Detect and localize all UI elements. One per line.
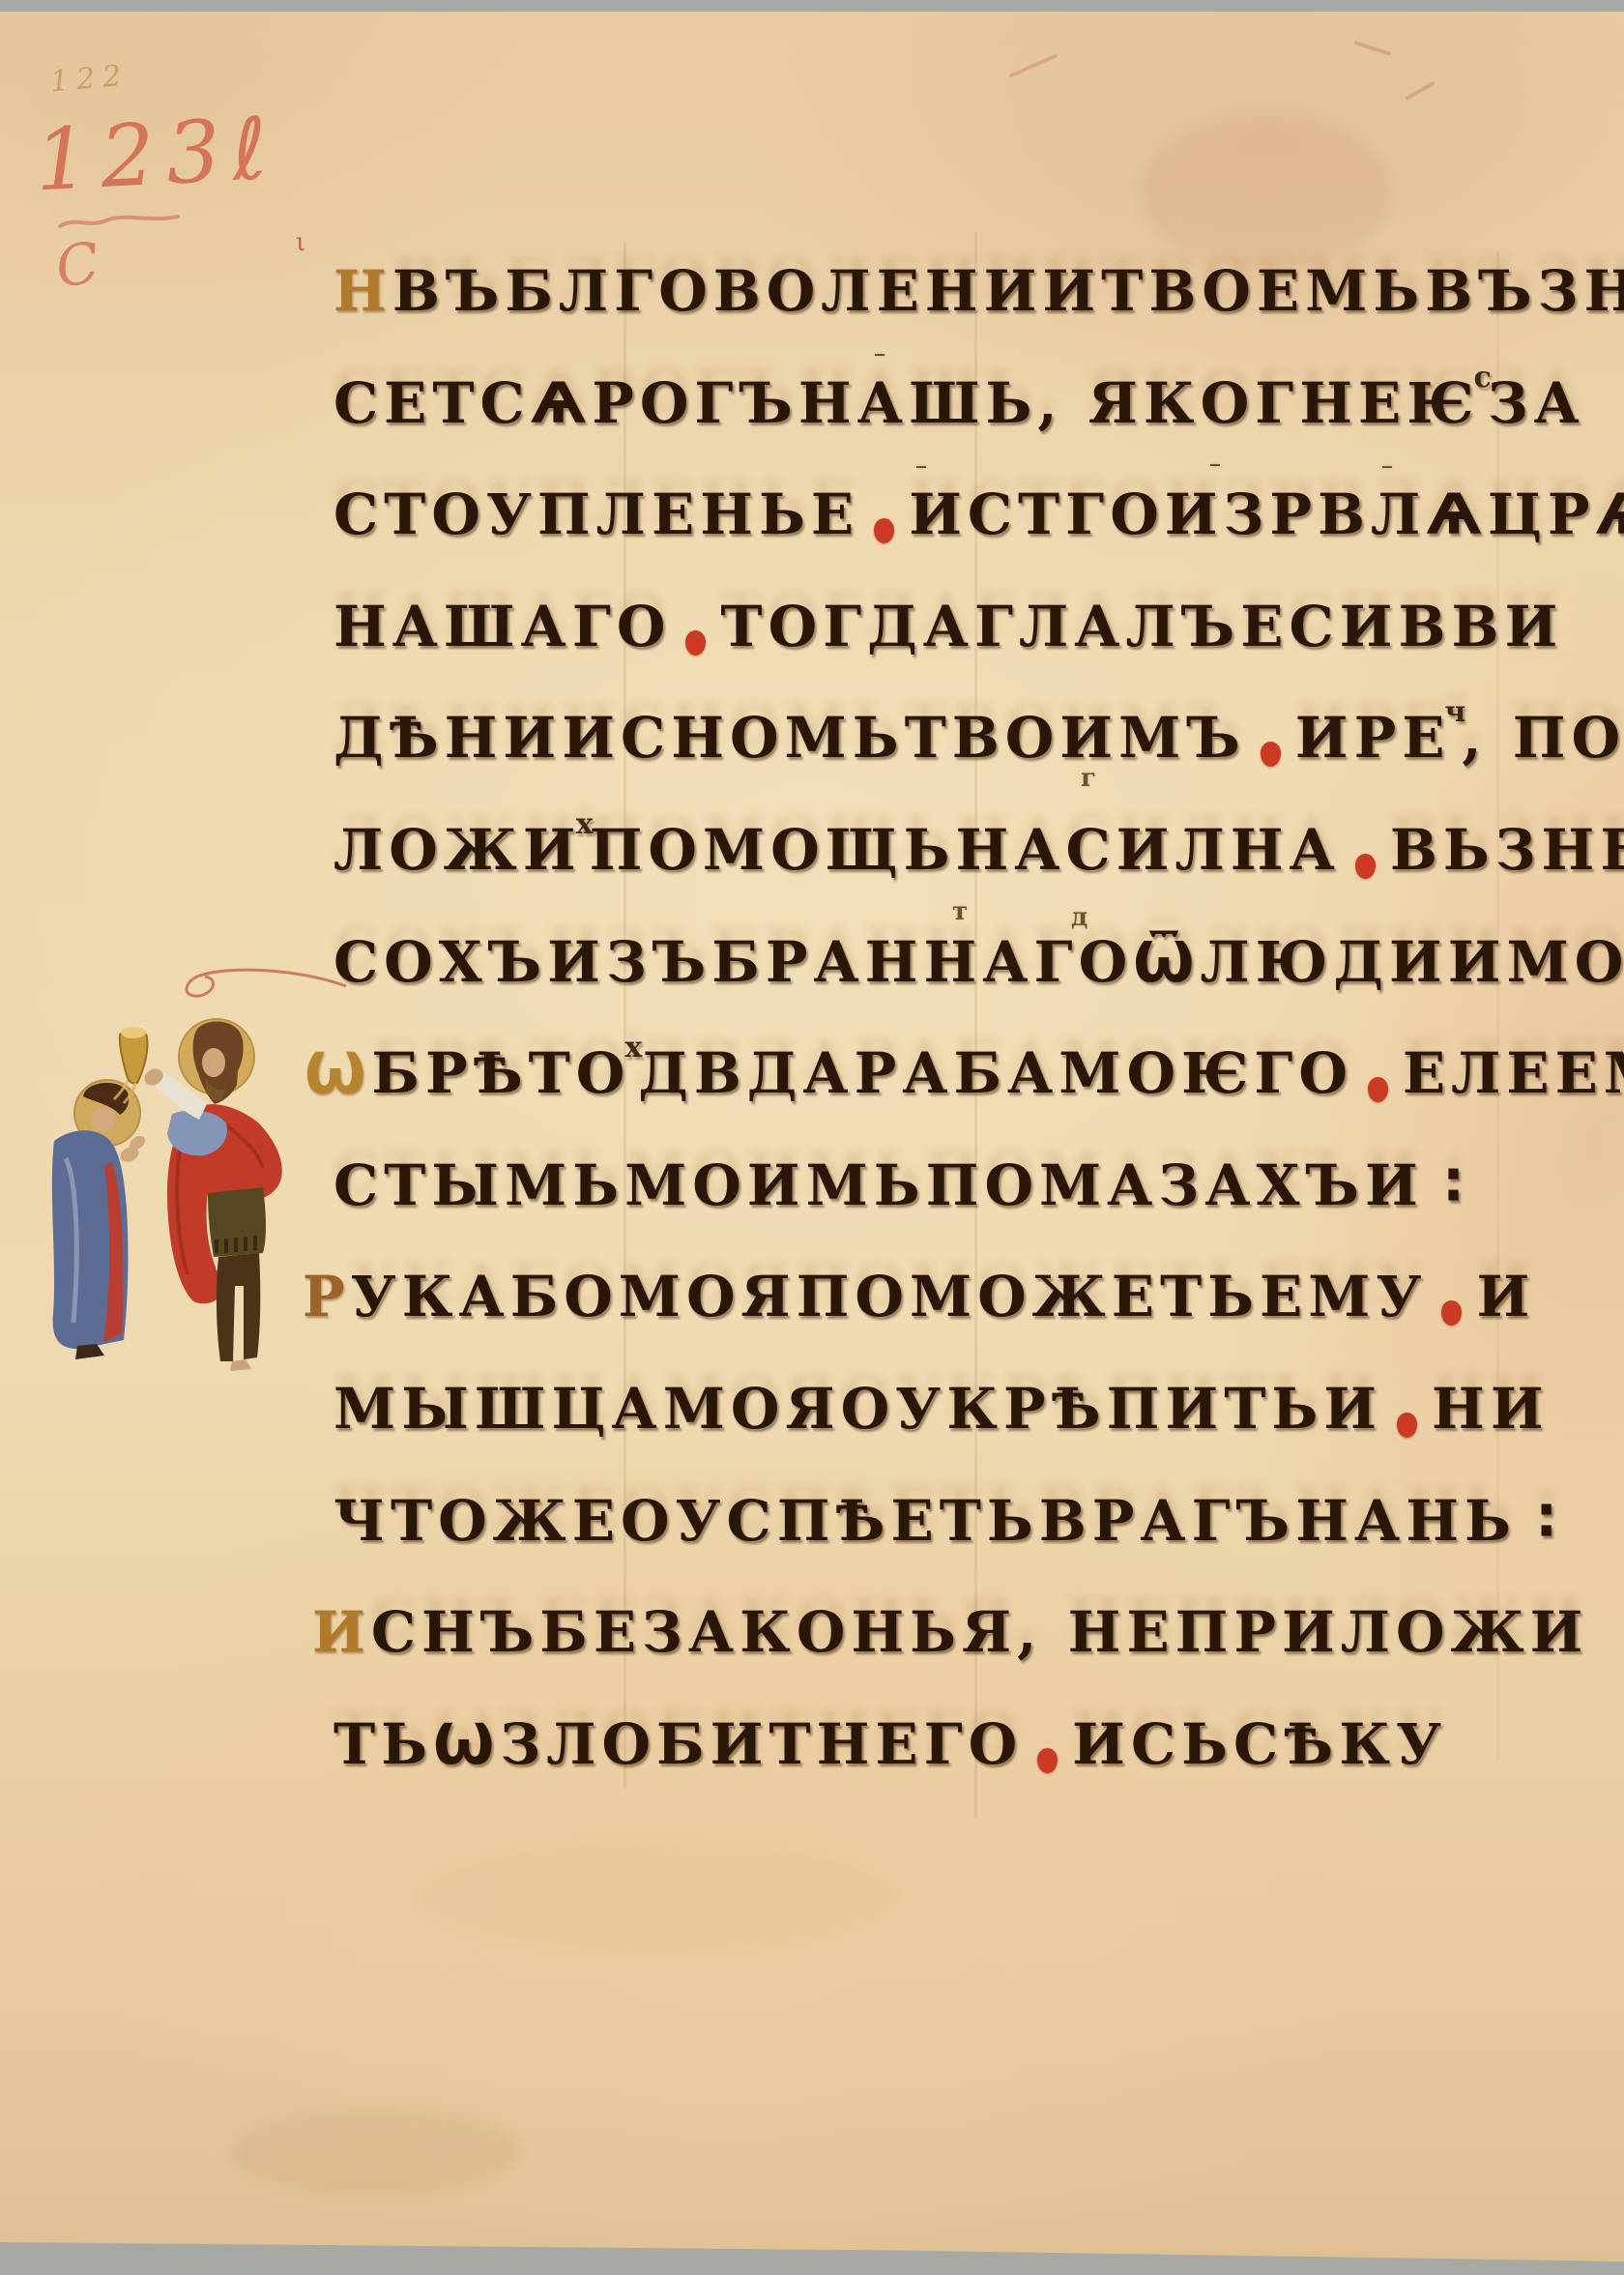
interlinear-mark: ‾ bbox=[1210, 460, 1218, 483]
red-dot-punctuation bbox=[1368, 1077, 1388, 1102]
red-dot-punctuation bbox=[685, 630, 706, 656]
manuscript-line: МЫШЦАМОЯОУКРѢПИТЬИНИ bbox=[333, 1377, 1550, 1441]
parchment-stain bbox=[1141, 116, 1392, 271]
text-run: СТЫМЬМОИМЬПОМАЗАХЪИ bbox=[333, 1152, 1424, 1218]
manuscript-line: ИСНЪБЕЗАКОНЬЯ, НЕПРИЛОЖИ bbox=[312, 1600, 1588, 1664]
text-run: СТОУПЛЕНЬЕ bbox=[333, 481, 859, 547]
red-dot-punctuation bbox=[1441, 1300, 1462, 1326]
interlinear-mark: ‾ bbox=[916, 462, 924, 485]
superscript-letter: ч bbox=[1444, 681, 1465, 744]
parchment-stain bbox=[232, 2108, 522, 2195]
text-run: СЕТСѦРОГЪНАШЬ, ЯКОГНЕѤ bbox=[333, 370, 1480, 436]
text-run: СНЪБЕЗАКОНЬЯ, НЕПРИЛОЖИ bbox=[371, 1599, 1589, 1665]
superscript-letter: х bbox=[576, 793, 594, 857]
text-run: ПОМОЩЬНАСИЛНА bbox=[590, 817, 1341, 883]
miniature-anointing-scene bbox=[27, 965, 350, 1375]
text-run: ИРЕ bbox=[1295, 705, 1451, 771]
manuscript-line: СОХЪИЗЪБРАННАГОѾЛЮДИИМОИХЪ bbox=[333, 930, 1624, 994]
superscript-letter: х bbox=[624, 1016, 642, 1080]
end-mark: ∶ bbox=[1424, 1152, 1464, 1218]
red-flourish-underline bbox=[56, 211, 182, 232]
red-margin-letter: С bbox=[51, 229, 102, 301]
right-figure-feet bbox=[230, 1359, 251, 1371]
text-run: ВЪБЛГОВОЛЕНИИТВОЕМЬВЪЗНЕ bbox=[392, 258, 1624, 324]
text-run: ДѢНИИСНОМЬТВОИМЪ bbox=[333, 705, 1246, 771]
manuscript-line: ДѢНИИСНОМЬТВОИМЪИРЕч, ПО bbox=[333, 706, 1624, 770]
illuminated-initial: И bbox=[312, 1599, 371, 1665]
text-run: ТЬѠЗЛОБИТНЕГО bbox=[333, 1711, 1023, 1777]
interlinear-mark: г bbox=[1081, 764, 1096, 793]
manuscript-line: СТЫМЬМОИМЬПОМАЗАХЪИ ∶ bbox=[333, 1153, 1464, 1217]
red-dot-punctuation bbox=[1037, 1748, 1058, 1773]
text-run: БРѢТО bbox=[371, 1040, 630, 1106]
manuscript-line: ТЬѠЗЛОБИТНЕГОИСЬСѢКУ bbox=[333, 1712, 1447, 1776]
red-dot-punctuation bbox=[1355, 854, 1376, 879]
interlinear-mark: т bbox=[952, 897, 968, 926]
red-tick-mark: ι bbox=[296, 228, 305, 257]
text-run: ЕЛЕЕМЬ bbox=[1403, 1040, 1624, 1106]
manuscript-line: ЛОЖИхПОМОЩЬНАСИЛНАВЬЗНЕ bbox=[333, 818, 1624, 882]
interlinear-mark: д bbox=[1071, 903, 1087, 932]
text-run: МЫШЦАМОЯОУКРѢПИТЬИ bbox=[333, 1376, 1382, 1442]
manuscript-line: СЕТСѦРОГЪНАШЬ, ЯКОГНЕѤсЗА bbox=[333, 371, 1585, 435]
right-figure-legs bbox=[217, 1253, 260, 1361]
text-run: ДВДАРАБАМОѤГО bbox=[638, 1040, 1353, 1106]
manuscript-line: НАШАГОТОГДАГЛАЛЪЕСИВВИ bbox=[333, 595, 1563, 658]
left-figure-feet bbox=[75, 1344, 104, 1359]
superscript-letter: с bbox=[1474, 346, 1492, 410]
text-run: ИСТГОИЗРВЛѦЦРѦ bbox=[909, 481, 1624, 547]
text-run: И bbox=[1476, 1264, 1535, 1329]
red-dot-punctuation bbox=[1397, 1413, 1417, 1438]
manuscript-line: ѠБРѢТОхДВДАРАБАМОѤГОЕЛЕЕМЬ bbox=[304, 1041, 1624, 1105]
red-dot-punctuation bbox=[1261, 742, 1281, 767]
manuscript-line: НВЪБЛГОВОЛЕНИИТВОЕМЬВЪЗНЕ bbox=[333, 259, 1624, 323]
text-run: ЧТОЖЕОУСПѢЕТЬВРАГЪНАНЬ bbox=[333, 1488, 1517, 1554]
manuscript-line: РУКАБОМОЯПОМОЖЕТЬЕМУИ bbox=[303, 1265, 1535, 1328]
manuscript-line: СТОУПЛЕНЬЕИСТГОИЗРВЛѦЦРѦ bbox=[333, 482, 1624, 546]
text-run: ЛОЖИ bbox=[333, 817, 582, 883]
manuscript-line: ЧТОЖЕОУСПѢЕТЬВРАГЪНАНЬ ∶ bbox=[333, 1489, 1556, 1553]
red-folio-number: 123ℓ bbox=[32, 98, 280, 210]
manuscript-photo: { "page": { "kind": "medieval manuscript… bbox=[0, 0, 1624, 2275]
text-run: НИ bbox=[1432, 1376, 1550, 1442]
end-mark: ∶ bbox=[1517, 1488, 1556, 1554]
illuminated-initial: Н bbox=[333, 258, 392, 324]
red-squiggle-ornament bbox=[187, 970, 346, 996]
text-run: НАШАГО bbox=[333, 594, 671, 659]
text-run: УКАБОМОЯПОМОЖЕТЬЕМУ bbox=[351, 1264, 1428, 1329]
text-lines: НВЪБЛГОВОЛЕНИИТВОЕМЬВЪЗНЕСЕТСѦРОГЪНАШЬ, … bbox=[333, 259, 1503, 1825]
old-folio-number: 122 bbox=[49, 59, 130, 100]
right-figure-face bbox=[202, 1048, 225, 1077]
text-run: СОХЪИЗЪБРАННАГОѾЛЮДИИМОИХЪ bbox=[333, 929, 1624, 995]
text-run: ИСЬСѢКУ bbox=[1072, 1711, 1447, 1777]
interlinear-mark: ‾ bbox=[1382, 462, 1390, 485]
red-dot-punctuation bbox=[874, 518, 894, 543]
text-run: , ПО bbox=[1462, 705, 1624, 771]
text-run: ЗА bbox=[1488, 370, 1585, 436]
horn-mouth bbox=[121, 1027, 146, 1038]
text-run: ТОГДАГЛАЛЪЕСИВВИ bbox=[720, 594, 1563, 659]
left-figure-face bbox=[91, 1107, 116, 1132]
text-run: ВЬЗНЕ bbox=[1390, 817, 1624, 883]
interlinear-mark: ‾ bbox=[875, 350, 883, 373]
parchment-stain bbox=[416, 1837, 899, 1953]
